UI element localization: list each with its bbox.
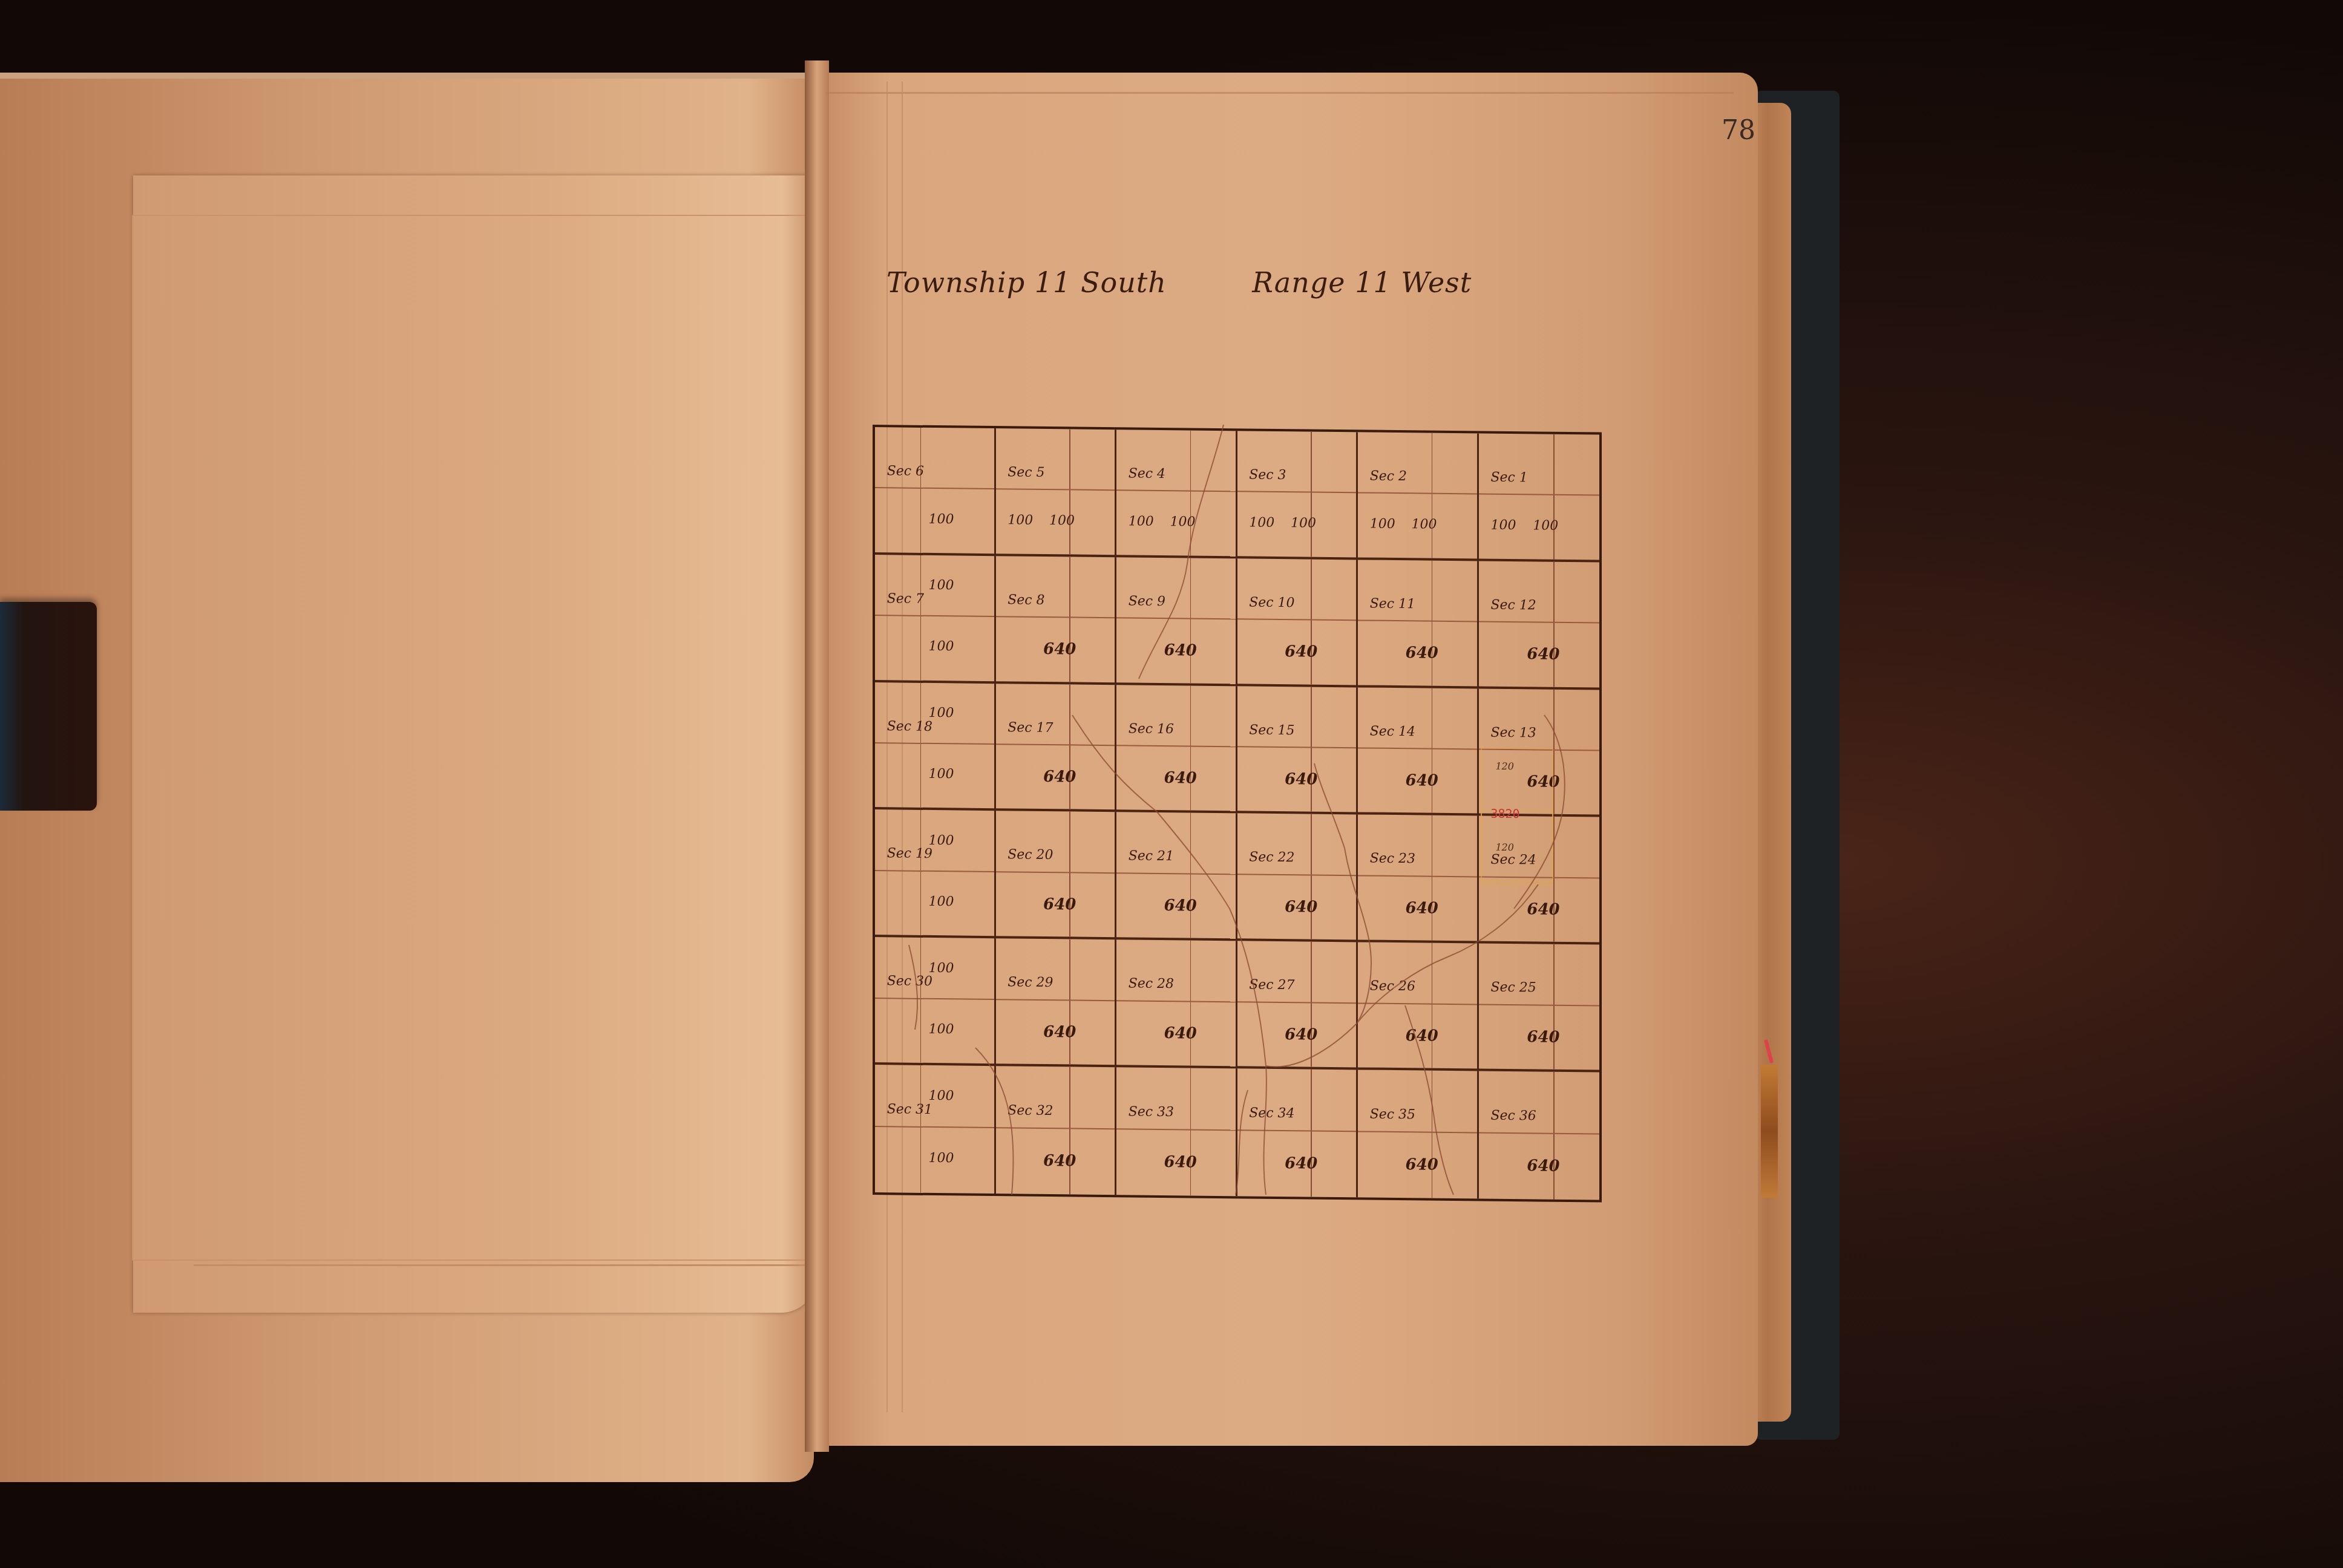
section-cell: Sec 6100 (875, 427, 996, 556)
section-cell: Sec 36640 (1479, 1071, 1600, 1200)
quarter-line (996, 616, 1115, 618)
acreage-value: 640 (1285, 1025, 1317, 1044)
section-cell: Sec 30100100 (875, 937, 996, 1066)
quarter-line (920, 682, 922, 808)
section-label: Sec 6 (887, 463, 924, 479)
section-cell: Sec 4100100 (1116, 430, 1237, 558)
section-cell: Sec 31100100 (875, 1065, 996, 1194)
section-cell: Sec 13640120 (1479, 688, 1600, 817)
section-label: Sec 20 (1008, 848, 1053, 863)
acreage-value: 100 (1291, 515, 1316, 531)
acreage-value: 100 (1249, 515, 1274, 530)
acreage-value: 640 (1406, 1156, 1438, 1175)
acreage-value: 640 (1164, 641, 1197, 660)
quarter-line (1432, 943, 1433, 1068)
acreage-value: 100 (1008, 512, 1033, 528)
section-label: Sec 29 (1008, 975, 1053, 991)
lot-note: 120 (1495, 841, 1514, 853)
acreage-value: 640 (1406, 771, 1438, 790)
section-label: Sec 12 (1490, 597, 1536, 613)
quarter-line (1069, 939, 1070, 1065)
paper-tab (1761, 1065, 1778, 1198)
quarter-line (1069, 684, 1070, 809)
quarter-line (875, 998, 994, 1000)
section-cell: Sec 19100100 (875, 810, 996, 939)
quarter-line (1069, 557, 1070, 682)
section-cell: Sec 26640 (1358, 942, 1479, 1071)
quarter-line (1358, 1002, 1477, 1005)
section-label: Sec 17 (1008, 720, 1053, 736)
acreage-value: 100 (928, 1088, 954, 1103)
acreage-value: 640 (1164, 897, 1197, 915)
section-cell: Sec 16640 (1116, 685, 1237, 814)
quarter-line (1190, 430, 1191, 555)
section-cell: Sec 11640 (1358, 560, 1479, 688)
section-label: Sec 4 (1129, 466, 1165, 482)
section-cell: Sec 9640 (1116, 557, 1237, 686)
acreage-value: 640 (1164, 1153, 1197, 1172)
section-cell: Sec 7100100 (875, 555, 996, 684)
quarter-line (1553, 1072, 1555, 1200)
quarter-line (1190, 685, 1191, 811)
acreage-value: 640 (1285, 643, 1317, 662)
section-label: Sec 30 (887, 974, 932, 990)
red-ink-annotation: 3820 (1490, 806, 1519, 822)
quarter-line (1237, 491, 1357, 494)
section-label: Sec 1 (1490, 470, 1527, 486)
section-label: Sec 11 (1370, 596, 1415, 612)
quarter-line (1237, 618, 1357, 621)
acreage-value: 100 (928, 705, 954, 720)
section-cell: Sec 3100100 (1237, 431, 1358, 560)
acreage-value: 100 (1370, 516, 1395, 531)
section-label: Sec 5 (1008, 465, 1044, 480)
section-cell: Sec 18100100 (875, 682, 996, 811)
quarter-line (1237, 746, 1357, 748)
acreage-value: 640 (1285, 770, 1317, 789)
quarter-line (1358, 747, 1477, 750)
quarter-line (996, 1127, 1115, 1129)
quarter-line (1237, 874, 1357, 876)
quarter-line (920, 1065, 922, 1193)
section-label: Sec 32 (1008, 1103, 1053, 1119)
quarter-line (1432, 433, 1433, 558)
quarter-line (1311, 559, 1312, 684)
quarter-line (1116, 745, 1236, 747)
quarter-line (1553, 689, 1555, 814)
section-cell: Sec 12640 (1479, 561, 1600, 690)
section-cell: Sec 22640 (1237, 814, 1358, 942)
acreage-value: 100 (1411, 517, 1437, 532)
quarter-line (1190, 558, 1191, 683)
acreage-value: 100 (1490, 517, 1516, 532)
section-label: Sec 13 (1490, 725, 1536, 740)
section-label: Sec 27 (1249, 978, 1294, 993)
section-label: Sec 25 (1490, 980, 1536, 996)
section-label: Sec 21 (1129, 849, 1174, 864)
section-label: Sec 7 (887, 591, 924, 607)
quarter-line (1116, 1129, 1236, 1131)
quarter-line (1358, 619, 1477, 622)
quarter-line (875, 1126, 994, 1128)
section-label: Sec 23 (1370, 851, 1415, 867)
section-cell: Sec 25640 (1479, 944, 1600, 1073)
quarter-line (920, 938, 922, 1063)
quarter-line (920, 555, 922, 681)
lot-note: 120 (1495, 760, 1514, 771)
blank-sheet-border (132, 215, 812, 1261)
book-gutter (805, 60, 829, 1452)
quarter-line (1358, 875, 1477, 877)
range-label: Range 11 West (1252, 266, 1472, 299)
quarter-line (1311, 1070, 1312, 1197)
section-cell: Sec 8640 (996, 556, 1117, 685)
section-cell: Sec 27640 (1237, 941, 1358, 1070)
section-label: Sec 14 (1370, 724, 1415, 739)
acreage-value: 640 (1043, 1023, 1076, 1042)
quarter-line (1432, 1071, 1433, 1198)
section-cell: Sec 2100100 (1358, 432, 1479, 561)
section-label: Sec 3 (1249, 467, 1286, 483)
section-cell: Sec 23640 (1358, 815, 1479, 944)
quarter-line (875, 870, 994, 872)
acreage-value: 100 (928, 578, 954, 593)
quarter-line (1311, 687, 1312, 812)
quarter-line (1479, 621, 1600, 624)
quarter-line (1190, 941, 1191, 1066)
acreage-value: 100 (928, 961, 954, 976)
acreage-value: 640 (1527, 1157, 1559, 1176)
quarter-line (1116, 617, 1236, 619)
section-cell: Sec 15640 (1237, 686, 1358, 815)
acreage-value: 100 (1129, 514, 1154, 529)
quarter-line (1069, 429, 1070, 554)
acreage-value: 640 (1285, 898, 1317, 916)
section-cell: Sec 33640 (1116, 1067, 1237, 1196)
quarter-line (1479, 1132, 1600, 1135)
acreage-value: 100 (928, 639, 954, 654)
quarter-line (1479, 1004, 1600, 1006)
section-label: Sec 16 (1129, 721, 1174, 737)
township-plat-grid: Sec 6100Sec 5100100Sec 4100100Sec 310010… (873, 425, 1602, 1203)
quarter-line (996, 488, 1115, 491)
quarter-line (1311, 814, 1312, 939)
quarter-line (1358, 492, 1477, 495)
acreage-value: 640 (1043, 640, 1076, 659)
acreage-value: 640 (1164, 769, 1197, 788)
section-cell: Sec 1100100 (1479, 433, 1600, 562)
section-label: Sec 10 (1249, 595, 1294, 610)
acreage-value: 640 (1043, 1152, 1076, 1171)
acreage-value: 100 (1533, 518, 1558, 533)
quarter-line (1190, 813, 1191, 938)
quarter-line (1116, 872, 1236, 875)
acreage-value: 100 (928, 512, 954, 527)
section-label: Sec 8 (1008, 592, 1044, 608)
quarter-line (875, 615, 994, 617)
quarter-line (1190, 1068, 1191, 1196)
quarter-line (1358, 1131, 1477, 1134)
quarter-line (920, 428, 922, 553)
acreage-value: 640 (1527, 900, 1559, 919)
acreage-value: 640 (1406, 1027, 1438, 1045)
section-cell: Sec 34640 (1237, 1068, 1358, 1197)
quarter-line (996, 871, 1115, 874)
quarter-line (1116, 1000, 1236, 1002)
section-cell: Sec 17640 (996, 684, 1117, 812)
section-label: Sec 18 (887, 719, 932, 734)
section-cell: Sec 10640 (1237, 558, 1358, 687)
section-cell: Sec 20640 (996, 811, 1117, 940)
quarter-line (1432, 688, 1433, 813)
quarter-line (1479, 494, 1600, 496)
quarter-line (1311, 432, 1312, 557)
quarter-line (1553, 562, 1555, 687)
quarter-line (1311, 942, 1312, 1067)
section-label: Sec 26 (1370, 979, 1415, 995)
section-label: Sec 35 (1370, 1107, 1415, 1123)
section-cell: Sec 35640 (1358, 1070, 1479, 1199)
acreage-value: 100 (928, 833, 954, 848)
section-cell: Sec 246401203820 (1479, 816, 1600, 945)
quarter-line (1553, 434, 1555, 560)
acreage-value: 100 (928, 766, 954, 782)
quarter-line (1237, 1001, 1357, 1004)
section-cell: Sec 14640 (1358, 687, 1479, 816)
section-cell: Sec 29640 (996, 938, 1117, 1067)
quarter-line (920, 810, 922, 935)
quarter-line (1553, 817, 1555, 942)
acreage-value: 640 (1043, 895, 1076, 914)
quarter-line (1553, 944, 1555, 1070)
page-top-rule (826, 92, 1734, 94)
quarter-line (1432, 815, 1433, 941)
acreage-value: 100 (928, 894, 954, 909)
acreage-value: 100 (928, 1022, 954, 1037)
quarter-line (996, 999, 1115, 1001)
section-label: Sec 15 (1249, 722, 1294, 738)
section-cell: Sec 21640 (1116, 812, 1237, 941)
section-label: Sec 28 (1129, 976, 1174, 992)
acreage-value: 640 (1164, 1024, 1197, 1043)
plat-heading: Township 11 South Range 11 West (886, 266, 1472, 299)
highlighted-lot (1481, 810, 1553, 886)
acreage-value: 100 (928, 1151, 954, 1166)
acreage-value: 640 (1043, 768, 1076, 786)
acreage-value: 640 (1406, 899, 1438, 918)
quarter-line (996, 743, 1115, 746)
section-label: Sec 22 (1249, 850, 1294, 866)
quarter-line (1069, 812, 1070, 937)
acreage-value: 100 (1170, 514, 1195, 529)
section-label: Sec 31 (887, 1102, 932, 1118)
book-weight (0, 602, 97, 811)
section-cell: Sec 28640 (1116, 940, 1237, 1069)
section-label: Sec 34 (1249, 1106, 1294, 1122)
quarter-line (1432, 561, 1433, 686)
section-label: Sec 19 (887, 846, 932, 862)
acreage-value: 100 (1049, 513, 1075, 528)
section-label: Sec 9 (1129, 593, 1165, 609)
quarter-line (1237, 1130, 1357, 1132)
quarter-line (875, 487, 994, 489)
section-label: Sec 36 (1490, 1108, 1536, 1124)
section-label: Sec 2 (1370, 469, 1407, 485)
acreage-value: 640 (1527, 645, 1559, 664)
township-label: Township 11 South (886, 266, 1167, 299)
section-cell: Sec 32640 (996, 1066, 1117, 1195)
acreage-value: 640 (1406, 644, 1438, 663)
page-number: 78 (1722, 115, 1755, 146)
section-label: Sec 33 (1129, 1105, 1174, 1120)
quarter-line (1116, 489, 1236, 492)
quarter-line (1069, 1067, 1070, 1195)
section-cell: Sec 5100100 (996, 428, 1117, 557)
acreage-value: 640 (1527, 1028, 1559, 1047)
acreage-value: 640 (1285, 1155, 1317, 1174)
quarter-line (875, 742, 994, 745)
